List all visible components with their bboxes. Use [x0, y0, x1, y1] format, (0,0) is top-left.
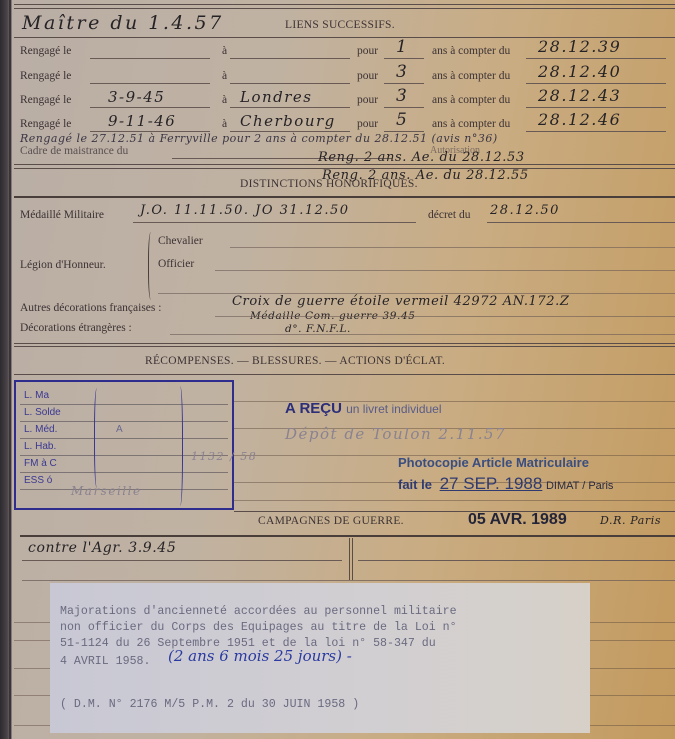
fill-line: [384, 83, 424, 84]
a-label: à: [222, 94, 227, 106]
stamp-item: L. Ma: [24, 390, 49, 401]
fill-line: [384, 58, 424, 59]
fill-line: [230, 107, 350, 108]
decret-value: 28.12.50: [490, 203, 560, 218]
note-handwritten-duration: (2 ans 6 mois 25 jours) -: [168, 647, 352, 665]
stamp-bottom-hand: Marseille: [71, 484, 142, 498]
fill-line: [384, 107, 424, 108]
etrangeres-label: Décorations étrangères :: [20, 322, 132, 334]
pour-label: pour: [357, 70, 378, 82]
section-title-recompenses: RÉCOMPENSES. — BLESSURES. — ACTIONS D'ÉC…: [145, 355, 445, 367]
fill-line: [526, 107, 666, 108]
fill-line: [230, 58, 350, 59]
divider: [234, 511, 675, 512]
rengage-lieu: Londres: [240, 88, 313, 106]
pour-label: pour: [357, 118, 378, 130]
stamp-item: L. Méd.: [24, 424, 57, 435]
section-title-campagnes: CAMPAGNES DE GUERRE.: [258, 515, 404, 527]
cadre-label: Cadre de maistrance du: [20, 145, 128, 157]
ans-label: ans à compter du: [432, 118, 510, 130]
officier-label: Officier: [158, 258, 194, 270]
rengage-duree: 5: [396, 110, 408, 130]
binding-edge: [0, 0, 12, 739]
rengage-label: Rengagé le: [20, 94, 71, 106]
matricule-document-page: Maître du 1.4.57 LIENS SUCCESSIFS. Renga…: [0, 0, 675, 739]
medaille-label: Médaillé Militaire: [20, 209, 104, 221]
note-line-4: 4 AVRIL 1958.: [60, 655, 150, 668]
ans-label: ans à compter du: [432, 45, 510, 57]
fill-line: [526, 58, 666, 59]
depot-handwritten: Dépôt de Toulon 2.11.57: [285, 425, 506, 443]
stamp-item: L. Solde: [24, 407, 61, 418]
note-line-5: ( D.M. N° 2176 M/5 P.M. 2 du 30 JUIN 195…: [60, 698, 359, 711]
rengage-a-compter: 28.12.40: [538, 62, 621, 81]
a-label: à: [222, 118, 227, 130]
chevalier-label: Chevalier: [158, 235, 203, 247]
rengage-label: Rengagé le: [20, 118, 71, 130]
rengage-lieu: Cherbourg: [240, 112, 336, 130]
rengage-date: 9-11-46: [108, 112, 176, 130]
fill-line: [526, 83, 666, 84]
rengage-label: Rengagé le: [20, 45, 71, 57]
campagne-entry: contre l'Agr. 3.9.45: [28, 540, 176, 556]
legion-label: Légion d'Honneur.: [20, 259, 106, 271]
divider: [14, 4, 675, 5]
note-line-1: Majorations d'ancienneté accordées au pe…: [60, 605, 457, 618]
fill-line: [526, 131, 666, 132]
campagnes-stamp-suffix: D.R. Paris: [600, 514, 661, 527]
rengage-date: 3-9-45: [108, 88, 165, 106]
note-line-2: non officier du Corps des Equipages au t…: [60, 621, 457, 634]
divider: [14, 346, 675, 347]
majoration-note: Majorations d'ancienneté accordées au pe…: [50, 583, 590, 733]
divider: [14, 8, 675, 9]
decret-label: décret du: [428, 209, 470, 221]
livret-stamp-box: L. MaL. SoldeL. Méd.L. Hab.FM à CESS ó A…: [14, 380, 234, 510]
rengage-duree: 1: [396, 37, 408, 57]
divider: [14, 164, 675, 165]
autres-decorations-value: Croix de guerre étoile vermeil 42972 AN.…: [232, 294, 570, 309]
stamp-item: FM à C: [24, 458, 57, 469]
stamp-item: ESS ó: [24, 475, 52, 486]
overwritten-rengagement: Rengagé le 27.12.51 à Ferryville pour 2 …: [20, 132, 498, 145]
fait-le-stamp: fait le 27 SEP. 1988 DIMAT / Paris: [398, 474, 613, 494]
stamp-right-number: 1132 / 58: [191, 450, 257, 463]
divider: [14, 374, 675, 375]
rengage-a-compter: 28.12.39: [538, 37, 621, 56]
medaille-value: J.O. 11.11.50. JO 31.12.50: [140, 203, 350, 218]
pour-label: pour: [357, 45, 378, 57]
section-title-distinctions: DISTINCTIONS HONORIFIQUES.: [240, 178, 418, 190]
section-title-liens: LIENS SUCCESSIFS.: [285, 19, 395, 31]
autres-decorations-label: Autres décorations françaises :: [20, 302, 161, 314]
stamp-mid-text: A: [116, 424, 123, 435]
divider: [20, 535, 675, 537]
rengage-label: Rengagé le: [20, 70, 71, 82]
fill-line: [90, 83, 210, 84]
ans-label: ans à compter du: [432, 94, 510, 106]
pour-label: pour: [357, 94, 378, 106]
divider: [14, 196, 675, 198]
a-label: à: [222, 45, 227, 57]
photocopie-stamp: Photocopie Article Matriculaire: [398, 455, 589, 470]
reng-note-1: Reng. 2 ans. Ae. du 28.12.53: [318, 150, 525, 165]
divider: [14, 343, 675, 344]
legion-brace: [148, 232, 155, 300]
ans-label: ans à compter du: [432, 70, 510, 82]
rengage-duree: 3: [396, 86, 408, 106]
rengage-a-compter: 28.12.46: [538, 110, 621, 129]
rengage-a-compter: 28.12.43: [538, 86, 621, 105]
campagnes-date-stamp: 05 AVR. 1989: [468, 511, 567, 529]
fill-line: [90, 107, 210, 108]
fill-line: [90, 58, 210, 59]
rengage-duree: 3: [396, 62, 408, 82]
stamp-item: L. Hab.: [24, 441, 56, 452]
a-label: à: [222, 70, 227, 82]
recu-stamp: A REÇU un livret individuel: [285, 400, 442, 417]
fill-line: [230, 83, 350, 84]
top-handwritten-note: Maître du 1.4.57: [22, 12, 224, 34]
